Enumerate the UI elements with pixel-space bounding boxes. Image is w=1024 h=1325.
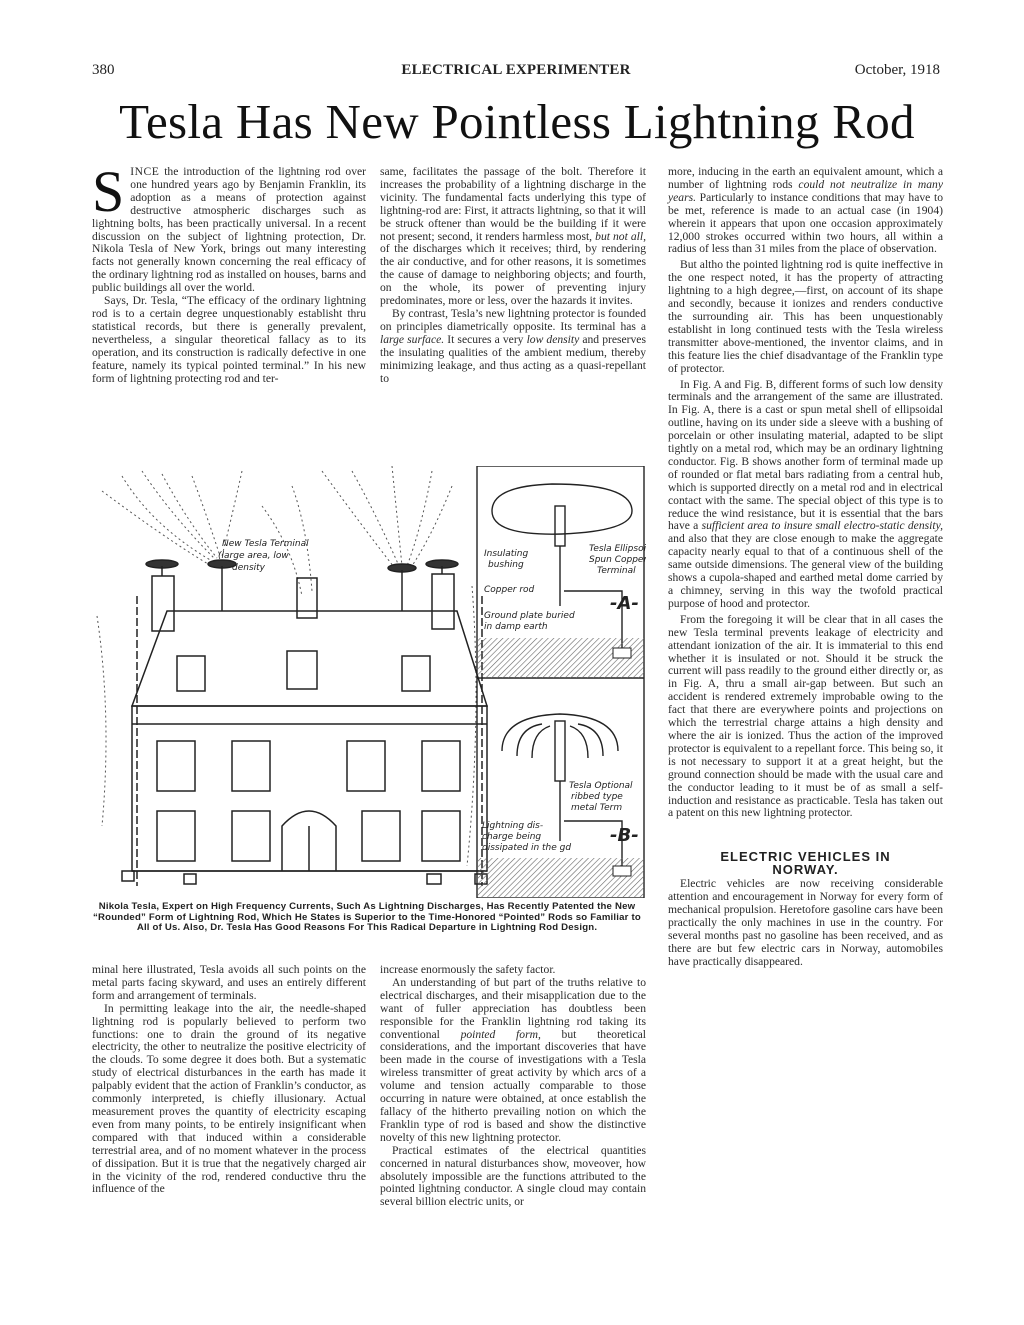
paragraph: From the foregoing it will be clear that… xyxy=(668,614,943,821)
paragraph: same, facilitates the passage of the bol… xyxy=(380,166,646,308)
house-label-line1: New Tesla Terminal xyxy=(222,539,309,549)
intro-paragraph: SINCE the introduction of the lightning … xyxy=(92,166,366,295)
lightning-rod-illustration: New Tesla Terminal (large area, low dens… xyxy=(92,466,646,898)
sidebar-article: ELECTRIC VEHICLES IN NORWAY. Electric ve… xyxy=(668,850,943,968)
article-title: Tesla Has New Pointless Lightning Rod xyxy=(92,92,942,152)
paragraph: Practical estimates of the electrical qu… xyxy=(380,1145,646,1210)
drop-cap: S xyxy=(92,168,124,216)
paragraph: An understanding of but part of the trut… xyxy=(380,977,646,1145)
sidebar-body: Electric vehicles are now receiving cons… xyxy=(668,878,943,968)
figure-caption: Nikola Tesla, Expert on High Frequency C… xyxy=(86,902,648,934)
fig-b-terminal-label-3: metal Term xyxy=(571,803,622,813)
paragraph: In permitting leakage into the air, the … xyxy=(92,1003,366,1197)
running-head: 380 ELECTRICAL EXPERIMENTER October, 191… xyxy=(92,62,940,84)
fig-a-bushing-label-2: bushing xyxy=(488,560,524,570)
column-3: more, inducing in the earth an equivalen… xyxy=(668,166,943,969)
paragraph: But altho the pointed lightning rod is q… xyxy=(668,259,943,375)
fig-b-discharge-label-1: Lightning dis- xyxy=(482,821,543,831)
fig-b-discharge-label-2: charge being xyxy=(482,832,541,842)
fig-a-terminal-label-3: Terminal xyxy=(597,566,636,576)
column-1-bottom: minal here illustrated, Tesla avoids all… xyxy=(92,964,366,1196)
fig-b-label: -B- xyxy=(610,825,639,846)
fig-a-ground-label-2: in damp earth xyxy=(484,622,548,632)
paragraph: By contrast, Tesla’s new lightning prote… xyxy=(380,308,646,385)
column-1-top: SINCE the introduction of the lightning … xyxy=(92,166,366,385)
fig-a-bushing-label-1: Insulating xyxy=(484,549,529,559)
fig-b-terminal-label-1: Tesla Optional xyxy=(569,781,633,791)
paragraph: minal here illustrated, Tesla avoids all… xyxy=(92,964,366,1003)
fig-a-label: -A- xyxy=(610,593,639,614)
fig-a-terminal-label-1: Tesla Ellipsoidal xyxy=(589,544,646,554)
house-label-line2: (large area, low xyxy=(218,551,289,561)
column-2-bottom: increase enormously the safety factor. A… xyxy=(380,964,646,1209)
fig-b-terminal-label-2: ribbed type xyxy=(571,792,623,802)
house-label-line3: density xyxy=(232,563,266,573)
fig-a-terminal-label-2: Spun Copper xyxy=(589,555,646,565)
column-2-top: same, facilitates the passage of the bol… xyxy=(380,166,646,385)
fig-a-rod-label: Copper rod xyxy=(484,585,535,595)
paragraph: more, inducing in the earth an equivalen… xyxy=(668,166,943,256)
paragraph: Says, Dr. Tesla, “The efficacy of the or… xyxy=(92,295,366,385)
magazine-name: ELECTRICAL EXPERIMENTER xyxy=(92,62,940,79)
fig-b-discharge-label-3: dissipated in the gd xyxy=(482,843,571,853)
sidebar-title: ELECTRIC VEHICLES IN NORWAY. xyxy=(668,850,943,876)
issue-date: October, 1918 xyxy=(855,62,940,79)
fig-a-ground-label-1: Ground plate buried xyxy=(484,611,575,621)
paragraph: In Fig. A and Fig. B, different forms of… xyxy=(668,379,943,611)
